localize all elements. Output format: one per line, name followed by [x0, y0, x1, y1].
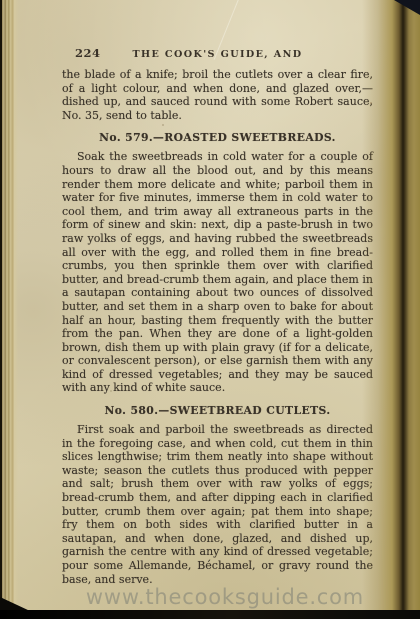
recipe-579-heading: No. 579.—ROASTED SWEETBREADS. [62, 131, 373, 144]
recipe-580-heading: No. 580.—SWEETBREAD CUTLETS. [62, 404, 373, 417]
continuation-paragraph: the blade of a knife; broil the cutlets … [62, 68, 373, 122]
running-header: THE COOK'S GUIDE, AND [62, 49, 373, 60]
scanned-book-page-photo: 224 THE COOK'S GUIDE, AND the blade of a… [0, 0, 420, 619]
watermark-text: www.thecooksguide.com [86, 585, 364, 609]
recipe-580-body: First soak and parboil the sweetbreads a… [62, 423, 373, 586]
page-header: 224 THE COOK'S GUIDE, AND [62, 46, 373, 62]
recipe-579-body: Soak the sweetbreads in cold water for a… [62, 150, 373, 395]
page-curve-right [362, 0, 420, 611]
page-edges-left [0, 0, 18, 611]
bottom-edge-band [0, 610, 420, 619]
page-content: 224 THE COOK'S GUIDE, AND the blade of a… [62, 46, 373, 586]
